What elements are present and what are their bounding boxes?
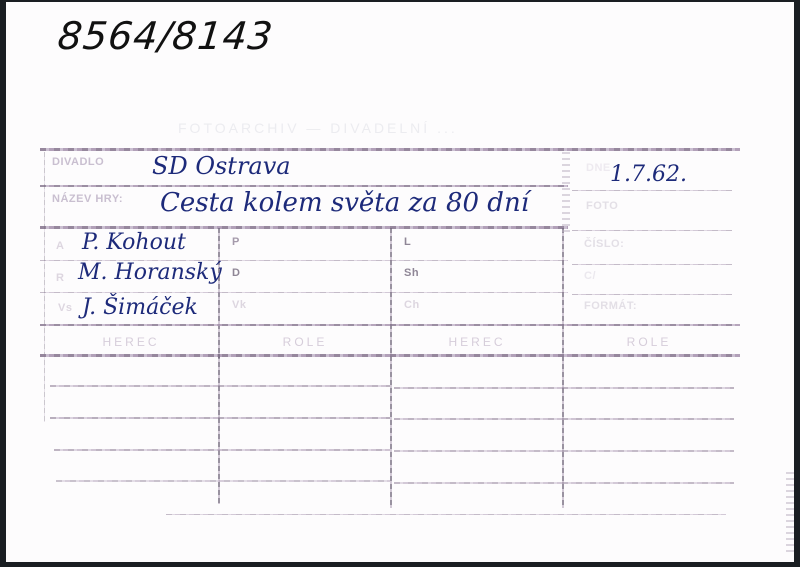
table-header-rule (40, 354, 740, 357)
table-header-role-1: ROLE (220, 335, 390, 349)
credit-value-director: M. Horanský (78, 260, 222, 285)
credit-label-vk: Vk (232, 299, 246, 311)
theatre-label: DIVADLO (52, 156, 104, 168)
row-divider (40, 260, 568, 261)
format-label: FORMÁT: (584, 300, 637, 312)
row-divider (40, 226, 568, 229)
theatre-value: SD Ostrava (152, 152, 291, 180)
credit-label-p: P (232, 236, 240, 248)
date-value: 1.7.62. (610, 162, 687, 187)
table-row (50, 417, 390, 419)
credit-label-d: D (232, 267, 240, 279)
row-divider (572, 294, 732, 295)
table-row (50, 385, 390, 387)
credit-value-author: P. Kohout (82, 230, 186, 255)
table-row (394, 387, 734, 389)
archive-title: FOTOARCHIV — DIVADELNÍ ... (178, 120, 458, 136)
column-divider (390, 228, 392, 508)
table-header-actor-1: HEREC (46, 335, 216, 349)
edge-noise (786, 472, 794, 552)
credit-label-sh: Sh (404, 267, 419, 279)
top-rule (40, 148, 740, 151)
row-divider (572, 190, 732, 191)
reference-number: 8564/8143 (56, 14, 276, 58)
table-top-rule (40, 324, 740, 326)
credit-label-vs: Vs (58, 302, 72, 314)
date-label: DNE (586, 162, 611, 174)
credit-value-designer: J. Šimáček (82, 295, 198, 320)
left-border (44, 152, 45, 422)
table-row (166, 514, 726, 515)
table-row (56, 480, 390, 482)
table-row (54, 449, 390, 451)
table-row (394, 450, 734, 452)
play-title-value: Cesta kolem světa za 80 dní (160, 188, 529, 218)
table-header-actor-2: HEREC (392, 335, 562, 349)
row-divider (572, 230, 732, 231)
number-label: ČÍSLO: (584, 238, 624, 250)
play-title-label: NÁZEV HRY: (52, 193, 123, 205)
table-row (394, 418, 734, 420)
column-divider (562, 228, 564, 508)
row-divider (40, 292, 568, 293)
credit-label-ch: Ch (404, 299, 420, 311)
c-label: C/ (584, 270, 596, 282)
edge-noise (562, 152, 570, 232)
credit-label-r: R (56, 272, 64, 284)
row-divider (40, 185, 568, 187)
credit-label-a: A (56, 240, 64, 252)
photo-label: FOTO (586, 200, 618, 212)
credit-label-l: L (404, 236, 411, 248)
row-divider (572, 264, 732, 265)
archive-photo-card: 8564/8143 FOTOARCHIV — DIVADELNÍ ... DIV… (6, 2, 794, 562)
table-header-role-2: ROLE (564, 335, 734, 349)
table-row (394, 482, 734, 484)
